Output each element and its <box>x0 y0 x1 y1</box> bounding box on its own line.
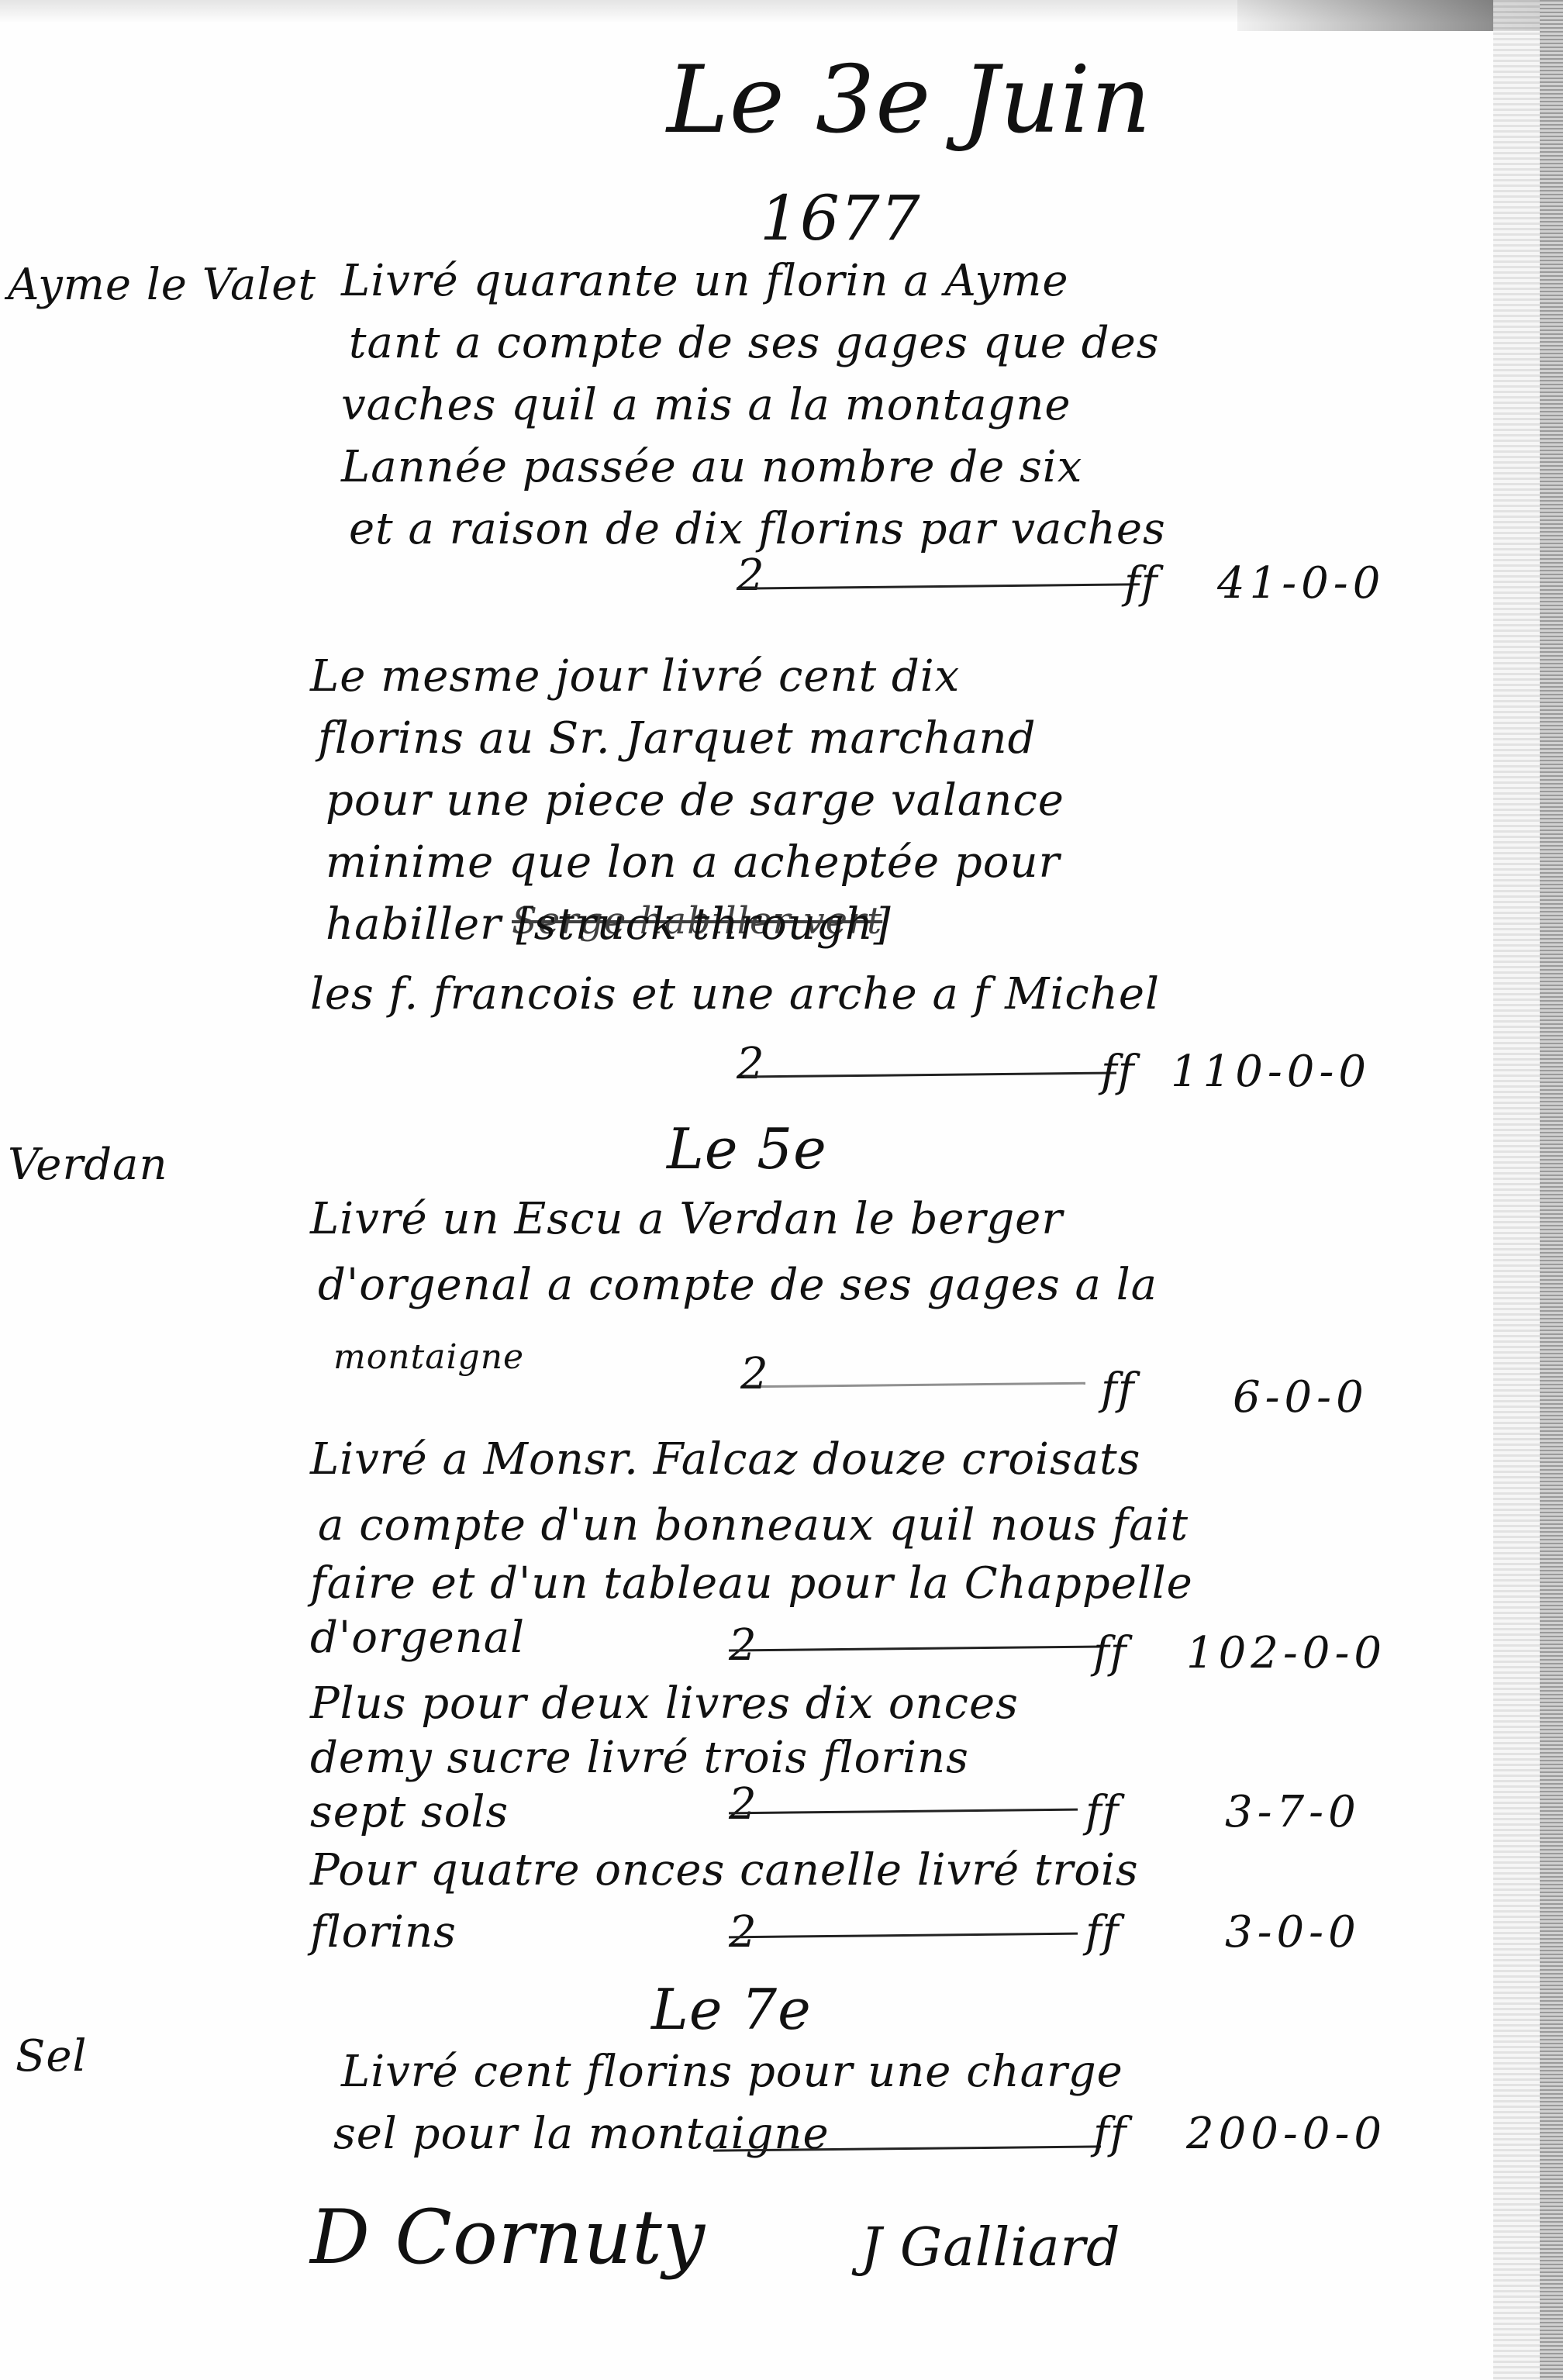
currency-mark: ff <box>1085 1787 1119 1837</box>
entry-line: Lannée passée au nombre de six <box>341 442 1082 492</box>
section-date: Le 7e <box>651 1977 812 2042</box>
entry-mark: 2 <box>737 1039 765 1089</box>
entry-amount: 3-0-0 <box>1225 1907 1361 1957</box>
currency-mark: ff <box>1101 1047 1134 1097</box>
currency-mark: ff <box>1101 1364 1134 1415</box>
header-year: 1677 <box>760 182 921 254</box>
entry-line: florins <box>310 1907 457 1957</box>
entry-mark: 2 <box>740 1349 769 1399</box>
entry-amount: 6-0-0 <box>1233 1372 1368 1423</box>
entry-amount: 110-0-0 <box>1171 1047 1371 1097</box>
entry-amount: 102-0-0 <box>1186 1628 1386 1678</box>
entry-line: pour une piece de sarge valance <box>326 775 1064 826</box>
entry-line: florins au Sr. Jarquet marchand <box>318 713 1036 764</box>
entry-rule <box>744 1071 1116 1078</box>
signature-cornuty: D Cornuty <box>310 2194 706 2281</box>
entry-rule <box>744 1382 1085 1388</box>
margin-note-verdan: Verdan <box>8 1140 168 1190</box>
entry-mark: 2 <box>729 1907 757 1957</box>
currency-mark: ff <box>1085 1907 1119 1957</box>
currency-mark: ff <box>1124 558 1158 609</box>
margin-note-ayme: Ayme le Valet <box>8 260 316 310</box>
entry-mark: 2 <box>737 550 765 601</box>
entry-line: les f. francois et une arche a f Michel <box>310 969 1160 1019</box>
entry-rule <box>729 1933 1078 1939</box>
entry-line: tant a compte de ses gages que des <box>349 318 1159 368</box>
entry-mark: 2 <box>729 1779 757 1830</box>
entry-line: vaches quil a mis a la montagne <box>341 380 1071 430</box>
entry-line: d'orgenal <box>310 1613 525 1663</box>
signature-galliard: J Galliard <box>861 2217 1121 2278</box>
entry-line: Livré a Monsr. Falcaz douze croisats <box>310 1434 1140 1485</box>
entry-rule <box>729 1645 1101 1651</box>
entry-line: Livré quarante un florin a Ayme <box>341 256 1068 306</box>
entry-line: d'orgenal a compte de ses gages a la <box>318 1260 1158 1310</box>
entry-line: demy sucre livré trois florins <box>310 1733 969 1783</box>
entry-line: Le mesme jour livré cent dix <box>310 651 960 702</box>
entry-amount: 41-0-0 <box>1217 558 1385 609</box>
entry-line: Plus pour deux livres dix onces <box>310 1678 1019 1729</box>
entry-line: montaigne <box>333 1337 524 1377</box>
margin-note-sel: Sel <box>16 2031 87 2082</box>
entry-line: Pour quatre onces canelle livré trois <box>310 1845 1139 1895</box>
entry-line: minime que lon a acheptée pour <box>326 837 1060 888</box>
manuscript-page: Le 3e Juin 1677 Ayme le Valet Livré quar… <box>0 0 1563 2380</box>
entry-line: Livré un Escu a Verdan le berger <box>310 1194 1063 1244</box>
entry-line: faire et d'un tableau pour la Chappelle <box>310 1558 1193 1609</box>
entry-line: Livré cent florins pour une charge <box>341 2047 1123 2097</box>
entry-line: et a raison de dix florins par vaches <box>349 504 1166 554</box>
struck-through-text: Serge habiller vert <box>512 899 882 943</box>
currency-mark: ff <box>1093 1628 1127 1678</box>
section-date: Le 5e <box>667 1116 827 1181</box>
entry-mark: 2 <box>729 1620 757 1671</box>
header-date: Le 3e Juin <box>667 47 1151 154</box>
entry-rule <box>729 1809 1078 1815</box>
page-binding-edge-dark <box>1540 0 1563 2380</box>
currency-mark: ff <box>1093 2109 1127 2159</box>
entry-line: a compte d'un bonneaux quil nous fait <box>318 1500 1189 1550</box>
entry-line: sept sols <box>310 1787 509 1837</box>
entry-rule <box>737 583 1140 589</box>
entry-amount: 200-0-0 <box>1186 2109 1386 2159</box>
entry-amount: 3-7-0 <box>1225 1787 1361 1837</box>
entry-line: sel pour la montaigne <box>333 2109 830 2159</box>
